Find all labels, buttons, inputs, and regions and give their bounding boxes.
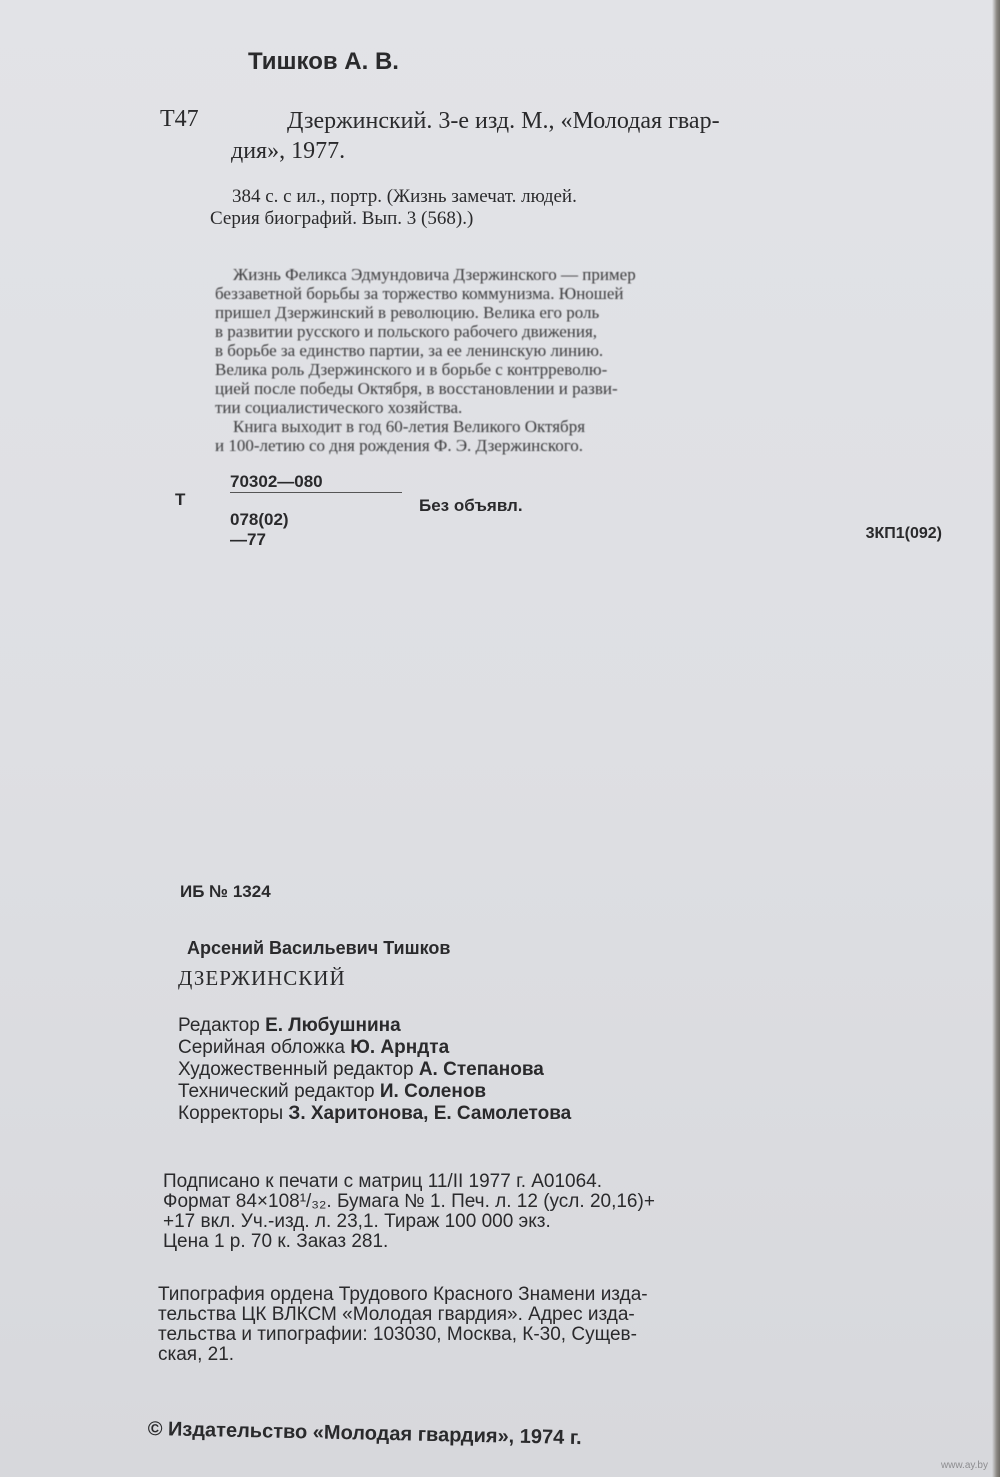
imprint-line: Цена 1 р. 70 к. Заказ 281. — [163, 1232, 938, 1252]
credit-item: Технический редактор И. Соленов — [178, 1081, 571, 1103]
printing-house-line: тельства ЦК ВЛКСМ «Молодая гвардия». Адр… — [158, 1305, 943, 1325]
fraction-numerator: 70302—080 — [230, 472, 402, 493]
annotation-line: Жизнь Феликса Эдмундовича Дзержинского —… — [233, 265, 940, 284]
catalog-author: Тишков А. В. — [248, 48, 399, 76]
credit-role: Редактор — [178, 1015, 260, 1036]
credit-name: Е. Любушнина — [265, 1015, 401, 1036]
printing-house-line: тельства и типографии: 103030, Москва, К… — [158, 1325, 943, 1345]
credit-name: З. Харитонова, Е. Самолетова — [288, 1103, 571, 1124]
ib-number: ИБ № 1324 — [180, 882, 271, 902]
credits-list: Редактор Е. Любушнина Серийная обложка Ю… — [178, 1015, 571, 1125]
credit-role: Серийная обложка — [178, 1037, 345, 1058]
watermark: www.ay.by — [941, 1460, 988, 1471]
annotation-line: беззаветной борьбы за торжество коммуниз… — [215, 284, 940, 303]
printing-house-info: Типография ордена Трудового Красного Зна… — [158, 1285, 943, 1365]
printing-house-line: Типография ордена Трудового Красного Зна… — [158, 1285, 943, 1305]
imprint-line: Формат 84×108¹/₃₂. Бумага № 1. Печ. л. 1… — [163, 1192, 938, 1212]
credit-item: Художественный редактор А. Степанова — [178, 1059, 571, 1081]
annotation-line: в развитии русского и польского рабочего… — [215, 322, 940, 341]
credit-name: А. Степанова — [419, 1059, 544, 1080]
annotation-line: Книга выходит в год 60-летия Великого Ок… — [233, 417, 940, 436]
bbk-code: 3КП1(092) — [866, 525, 942, 543]
imprint-line: Подписано к печати с матриц 11/II 1977 г… — [163, 1172, 938, 1192]
catalog-title: Дзержинский. 3-е изд. М., «Молодая гвар-… — [287, 106, 937, 166]
catalog-pages-line: 384 с. с ил., портр. (Жизнь замечат. люд… — [232, 186, 942, 208]
credit-role: Технический редактор — [178, 1081, 375, 1102]
annotation-line: тии социалистического хозяйства. — [215, 398, 940, 417]
credit-item: Корректоры З. Харитонова, Е. Самолетова — [178, 1103, 571, 1125]
credit-role: Художественный редактор — [178, 1059, 414, 1080]
fraction-prefix: Т — [175, 490, 185, 510]
page-edge-shadow — [992, 0, 1000, 1477]
annotation-line: в борьбе за единство партии, за ее ленин… — [215, 341, 940, 360]
book-title: ДЗЕРЖИНСКИЙ — [178, 966, 346, 991]
catalog-pages: 384 с. с ил., портр. (Жизнь замечат. люд… — [232, 186, 942, 230]
print-imprint: Подписано к печати с матриц 11/II 1977 г… — [163, 1172, 938, 1252]
credit-name: Ю. Арндта — [350, 1037, 449, 1058]
catalog-annotation: Жизнь Феликса Эдмундовича Дзержинского —… — [215, 265, 940, 455]
annotation-line: пришел Дзержинский в революцию. Велика е… — [215, 303, 940, 322]
no-announcement-note: Без объявл. — [419, 496, 523, 516]
catalog-pages-line: Серия биографий. Вып. 3 (568).) — [210, 208, 942, 230]
catalog-title-line: Дзержинский. 3-е изд. М., «Молодая гвар- — [287, 106, 937, 136]
copyright-notice: © Издательство «Молодая гвардия», 1974 г… — [148, 1418, 582, 1450]
credit-item: Редактор Е. Любушнина — [178, 1015, 571, 1037]
catalog-code: Т47 — [160, 106, 199, 133]
credit-item: Серийная обложка Ю. Арндта — [178, 1037, 571, 1059]
imprint-line: +17 вкл. Уч.-изд. л. 23,1. Тираж 100 000… — [163, 1212, 938, 1232]
annotation-line: Велика роль Дзержинского и в борьбе с ко… — [215, 360, 940, 379]
author-full-name: Арсений Васильевич Тишков — [187, 938, 450, 959]
annotation-line: и 100-летию со дня рождения Ф. Э. Дзержи… — [215, 436, 940, 455]
printing-house-line: ская, 21. — [158, 1345, 943, 1365]
fraction-denominator: 078(02)—77 — [230, 510, 289, 550]
annotation-line: цией после победы Октября, в восстановле… — [215, 379, 940, 398]
catalog-title-line: дия», 1977. — [231, 136, 937, 166]
credit-name: И. Соленов — [380, 1081, 486, 1102]
credit-role: Корректоры — [178, 1103, 283, 1124]
